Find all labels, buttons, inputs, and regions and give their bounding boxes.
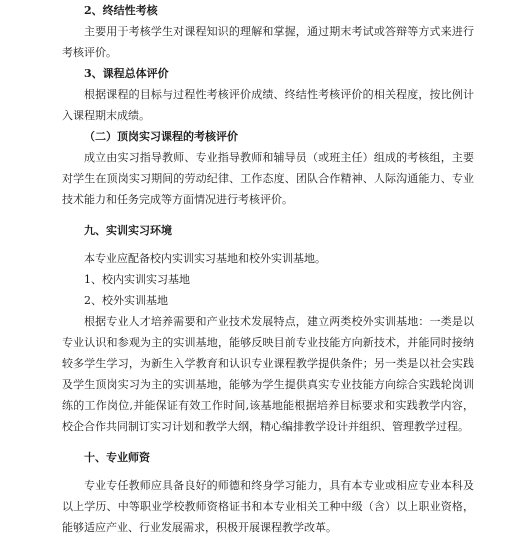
heading-summative-assessment: 2、终结性考核 xyxy=(62,0,474,21)
list-item-on-campus-base: 1、校内实训实习基地 xyxy=(62,269,474,290)
paragraph-overall-course-evaluation: 根据课程的目标与过程性考核评价成绩、终结性考核评价的相关程度，按比例计入课程期末… xyxy=(62,84,474,126)
heading-overall-course-evaluation: 3、课程总体评价 xyxy=(62,63,474,84)
paragraph-internship-course-assessment: 成立由实习指导教师、专业指导教师和辅导员（或班主任）组成的考核组，主要对学生在顶… xyxy=(62,147,474,210)
heading-internship-course-assessment: （二）顶岗实习课程的考核评价 xyxy=(62,126,474,147)
paragraph-summative-assessment: 主要用于考核学生对课程知识的理解和掌握，通过期末考试或答辩等方式来进行考核评价。 xyxy=(62,21,474,63)
document-content: 2、终结性考核 主要用于考核学生对课程知识的理解和掌握，通过期末考试或答辩等方式… xyxy=(62,0,474,537)
paragraph-off-campus-base-detail: 根据专业人才培养需要和产业技术发展特点，建立两类校外实训基地：一类是以专业认识和… xyxy=(62,311,474,437)
list-item-off-campus-base: 2、校外实训基地 xyxy=(62,290,474,311)
paragraph-faculty-requirements: 专业专任教师应具备良好的师德和终身学习能力，具有本专业或相应专业本科及以上学历、… xyxy=(62,475,474,537)
heading-section-9-training-environment: 九、实训实习环境 xyxy=(62,220,474,241)
document-page: 2、终结性考核 主要用于考核学生对课程知识的理解和掌握，通过期末考试或答辩等方式… xyxy=(0,0,529,537)
paragraph-training-bases-intro: 本专业应配备校内实训实习基地和校外实训基地。 xyxy=(62,248,474,269)
heading-section-10-faculty: 十、专业师资 xyxy=(62,447,474,468)
